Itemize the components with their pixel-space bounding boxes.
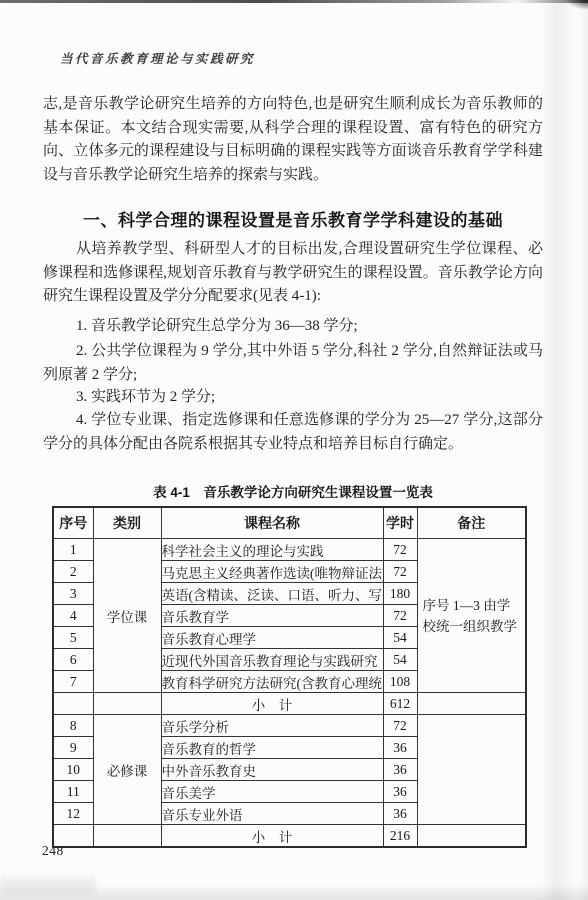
cell-course: 教育科学研究方法研究(含教育心理统计): [161, 671, 383, 693]
cell-hours: 54: [383, 649, 417, 671]
cell-note-empty: [417, 825, 526, 848]
subtotal-row: 小 计 612: [53, 693, 526, 715]
cell-subtotal-hours: 612: [383, 693, 417, 715]
cell-hours: 36: [383, 803, 417, 825]
scan-edge-right: [540, 3, 588, 900]
cell-subtotal-hours: 216: [383, 825, 417, 848]
cell-note: 序号 1—3 由学校统一组织教学: [417, 539, 526, 693]
cell-course: 中外音乐教育史: [161, 759, 383, 781]
header-course: 课程名称: [161, 507, 383, 539]
cell-no: 1: [53, 539, 93, 561]
cell-course: 英语(含精读、泛读、口语、听力、写作等): [161, 583, 383, 605]
cell-hours: 72: [383, 605, 417, 627]
page-number: 248: [42, 843, 64, 859]
cell-no: 5: [53, 627, 93, 649]
cell-no: 12: [53, 803, 93, 825]
cell-subtotal-label: 小 计: [161, 693, 383, 715]
cell-category-empty: [93, 825, 161, 848]
scan-shadow-bottom-left: [0, 878, 96, 894]
cell-no: 7: [53, 671, 93, 693]
cell-no: 6: [53, 649, 93, 671]
cell-no: 4: [53, 605, 93, 627]
paragraph-lead: 从培养教学型、科研型人才的目标出发,合理设置研究生学位课程、必修课程和选修课程,…: [43, 238, 543, 309]
cell-course: 音乐美学: [161, 781, 383, 803]
cell-category-empty: [93, 693, 161, 715]
book-page: 当代音乐教育理论与实践研究 志,是音乐教学论研究生培养的方向特色,也是研究生顺利…: [0, 0, 588, 900]
header-note: 备注: [417, 507, 526, 539]
cell-course: 音乐专业外语: [161, 803, 383, 825]
cell-no: 9: [53, 737, 93, 759]
cell-no: 3: [53, 583, 93, 605]
cell-hours: 72: [383, 715, 417, 737]
cell-course: 音乐教育的哲学: [161, 737, 383, 759]
scan-edge-top: [0, 0, 588, 3]
note-text: 序号 1—3 由学校统一组织教学: [418, 595, 526, 637]
running-head: 当代音乐教育理论与实践研究: [60, 49, 255, 67]
cell-hours: 36: [383, 759, 417, 781]
cell-no-empty: [53, 693, 93, 715]
cell-subtotal-label: 小 计: [161, 825, 383, 848]
cell-hours: 36: [383, 737, 417, 759]
cell-note-empty: [417, 693, 526, 715]
cell-course: 近现代外国音乐教育理论与实践研究: [161, 649, 383, 671]
course-table: 序号 类别 课程名称 学时 备注 1 学位课 科学社会主义的理论与实践 72 序…: [52, 506, 527, 848]
table-header-row: 序号 类别 课程名称 学时 备注: [53, 507, 526, 539]
cell-no: 10: [53, 759, 93, 781]
paragraph-intro: 志,是音乐教学论研究生培养的方向特色,也是研究生顺利成长为音乐教师的基本保证。本…: [43, 93, 543, 187]
cell-hours: 54: [383, 627, 417, 649]
section-heading: 一、科学合理的课程设置是音乐教育学学科建设的基础: [43, 206, 543, 231]
cell-hours: 36: [383, 781, 417, 803]
cell-no: 2: [53, 561, 93, 583]
header-no: 序号: [53, 507, 93, 539]
list-item-3: 3. 实践环节为 2 学分;: [43, 386, 543, 410]
subtotal-row: 小 计 216: [53, 825, 526, 848]
cell-course: 科学社会主义的理论与实践: [161, 539, 383, 561]
cell-note: [417, 715, 526, 825]
table-row: 1 学位课 科学社会主义的理论与实践 72 序号 1—3 由学校统一组织教学: [53, 539, 526, 561]
cell-hours: 180: [383, 583, 417, 605]
list-item-1: 1. 音乐教学论研究生总学分为 36—38 学分;: [43, 315, 543, 339]
cell-hours: 72: [383, 539, 417, 561]
cell-hours: 72: [383, 561, 417, 583]
list-item-2: 2. 公共学位课程为 9 学分,其中外语 5 学分,科社 2 学分,自然辩证法或…: [43, 340, 543, 387]
scan-corner-top-right: [566, 0, 588, 10]
table-row: 8 必修课 音乐学分析 72: [53, 715, 526, 737]
table-title: 表 4-1 音乐教学论方向研究生课程设置一览表: [43, 481, 543, 501]
header-category: 类别: [93, 507, 161, 539]
cell-course: 音乐学分析: [161, 715, 383, 737]
cell-course: 音乐教育学: [161, 605, 383, 627]
list-item-4: 4. 学位专业课、指定选修课和任意选修课的学分为 25—27 学分,这部分学分的…: [43, 409, 543, 456]
cell-no: 8: [53, 715, 93, 737]
cell-course: 音乐教育心理学: [161, 627, 383, 649]
cell-category: 学位课: [93, 539, 161, 693]
header-hours: 学时: [383, 507, 417, 539]
cell-category: 必修课: [93, 715, 161, 825]
cell-no: 11: [53, 781, 93, 803]
cell-course: 马克思主义经典著作选读(唯物辩证法): [161, 561, 383, 583]
cell-hours: 108: [383, 671, 417, 693]
